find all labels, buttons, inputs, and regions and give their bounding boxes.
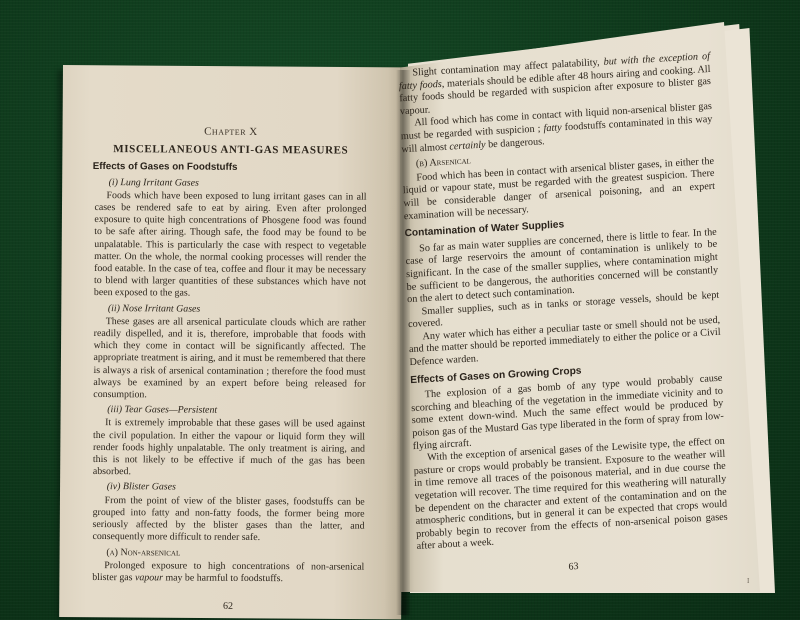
subsection-heading: (iii) Tear Gases—Persistent — [107, 404, 365, 418]
text-run: be dangerous. — [485, 136, 544, 150]
page-edge-mark: I — [747, 577, 749, 585]
paragraph: It is extremely improbable that these ga… — [93, 417, 365, 480]
left-page-content: Chapter X MISCELLANEOUS ANTI-GAS MEASURE… — [92, 120, 367, 614]
chapter-title: MISCELLANEOUS ANTI-GAS MEASURES — [95, 143, 367, 157]
section-heading-foodstuffs: Effects of Gases on Foodstuffs — [93, 161, 367, 175]
subsection-heading-non-arsenical: (a) Non-arsenical — [106, 547, 364, 561]
subsection-heading: (i) Lung Irritant Gases — [109, 177, 367, 191]
italic-text: fatty — [543, 122, 562, 134]
subsection-heading: (ii) Nose Irritant Gases — [108, 303, 366, 317]
paragraph: From the point of view of the blister ga… — [92, 495, 364, 545]
right-page-content: Slight contamination may affect palatabi… — [398, 51, 729, 583]
italic-text: vapour — [135, 572, 163, 583]
paragraph: These gases are all arsenical particulat… — [93, 316, 366, 403]
paragraph: Foods which have been exposed to lung ir… — [94, 190, 367, 301]
chapter-label: Chapter X — [95, 125, 367, 139]
text-run: may be harmful to foodstuffs. — [163, 572, 283, 584]
subsection-heading: (iv) Blister Gases — [107, 482, 365, 496]
paragraph: Prolonged exposure to high concentration… — [92, 560, 364, 586]
italic-text: certainly — [449, 139, 486, 152]
paragraph: With the exception of arsenical gases of… — [413, 436, 728, 554]
page-number: 62 — [92, 600, 364, 614]
